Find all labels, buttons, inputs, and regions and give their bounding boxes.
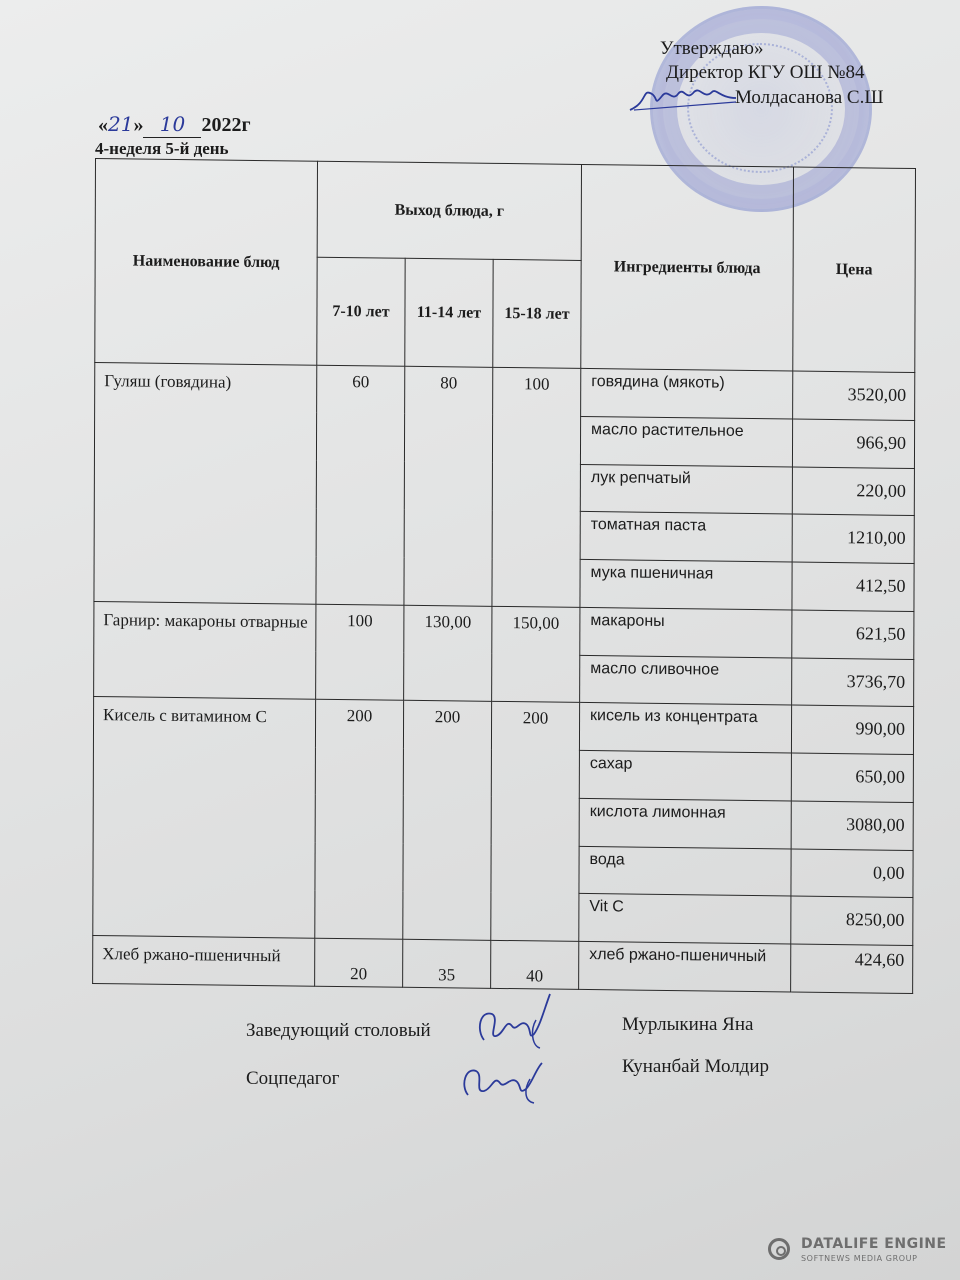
social-pedagogue-signature (458, 1055, 550, 1105)
dish-yield-15-18: 100 (492, 367, 581, 607)
date-year: 2022г (201, 114, 250, 136)
dish-yield-7-10: 100 (316, 604, 404, 701)
ingredient-name: сахар (579, 751, 791, 801)
dish-yield-15-18: 200 (491, 702, 580, 942)
header-ingredients: Ингредиенты блюда (581, 164, 794, 371)
date-month: 10 (160, 112, 185, 136)
dish-name: Хлеб ржано-пшеничный (93, 936, 315, 987)
signature-person-1: Мурлыкина Яна (622, 1014, 753, 1036)
ingredient-price: 220,00 (792, 467, 914, 516)
header-age-11-14: 11-14 лет (405, 258, 493, 367)
ingredient-price: 3736,70 (792, 658, 914, 707)
ingredient-price: 1210,00 (792, 514, 914, 563)
dish-yield-11-14: 200 (403, 701, 492, 941)
ingredient-name: кисель из концентрата (579, 703, 791, 753)
ingredient-price: 621,50 (792, 610, 914, 659)
signature-person-2: Кунанбай Молдир (622, 1056, 769, 1078)
header-age-15-18: 15-18 лет (493, 259, 581, 368)
header-yield: Выход блюда, г (317, 161, 581, 260)
dish-yield-11-14: 80 (404, 366, 493, 606)
ingredient-price: 650,00 (791, 753, 913, 802)
table-row: Гуляш (говядина)6080100говядина (мякоть)… (95, 362, 915, 420)
director-signature (628, 80, 738, 114)
approval-heading: Утверждаю» (660, 38, 763, 60)
ingredient-name: мука пшеничная (580, 559, 792, 609)
ingredient-name: хлеб ржано-пшеничный (579, 942, 791, 992)
menu-table: Наименование блюд Выход блюда, г Ингреди… (92, 158, 915, 994)
dish-name: Гарнир: макароны отварные (94, 601, 316, 699)
table-row: Гарнир: макароны отварные100130,00150,00… (94, 601, 914, 659)
header-age-7-10: 7-10 лет (317, 257, 405, 366)
signature-role-1: Заведующий столовый (246, 1020, 431, 1042)
ingredient-price: 8250,00 (791, 896, 913, 945)
ingredient-name: лук репчатый (580, 464, 792, 514)
dish-yield-15-18: 150,00 (492, 606, 580, 703)
ingredient-price: 3080,00 (791, 801, 913, 850)
week-day-label: 4-неделя 5-й день (95, 139, 229, 159)
dish-name: Гуляш (говядина) (94, 362, 317, 604)
dish-yield-7-10: 60 (316, 365, 405, 605)
dish-yield-11-14: 35 (403, 939, 491, 988)
date-day: 21 (108, 112, 133, 136)
canteen-head-signature (470, 990, 560, 1052)
ingredient-name: Vit C (579, 894, 791, 944)
signature-role-2: Соцпедагог (246, 1068, 339, 1090)
ingredient-name: масло растительное (580, 416, 792, 466)
ingredient-name: макароны (580, 607, 792, 657)
ingredient-name: масло сливочное (580, 655, 792, 705)
ingredient-name: томатная паста (580, 512, 792, 562)
ingredient-name: говядина (мякоть) (581, 368, 793, 418)
dish-yield-15-18: 40 (491, 941, 579, 990)
header-dish-name: Наименование блюд (95, 159, 318, 366)
dish-name: Кисель с витамином С (93, 697, 316, 939)
ingredient-name: вода (579, 846, 791, 896)
ingredient-price: 990,00 (791, 705, 913, 754)
dish-yield-11-14: 130,00 (404, 605, 492, 702)
header-price: Цена (793, 167, 916, 372)
datalife-logo-icon (768, 1238, 790, 1260)
approval-director-name: Молдасанова С.Ш (735, 87, 884, 109)
ingredient-price: 966,90 (792, 419, 914, 468)
ingredient-price: 3520,00 (793, 371, 915, 420)
table-row: Кисель с витамином С200200200кисель из к… (93, 697, 913, 755)
dish-yield-7-10: 20 (315, 938, 403, 987)
dish-yield-7-10: 200 (315, 700, 404, 940)
ingredient-price: 0,00 (791, 849, 913, 898)
document-date: «21»102022г (98, 112, 251, 138)
ingredient-price: 424,60 (791, 944, 913, 993)
ingredient-name: кислота лимонная (579, 798, 791, 848)
ingredient-price: 412,50 (792, 562, 914, 611)
table-row: Хлеб ржано-пшеничный203540хлеб ржано-пше… (93, 936, 913, 994)
